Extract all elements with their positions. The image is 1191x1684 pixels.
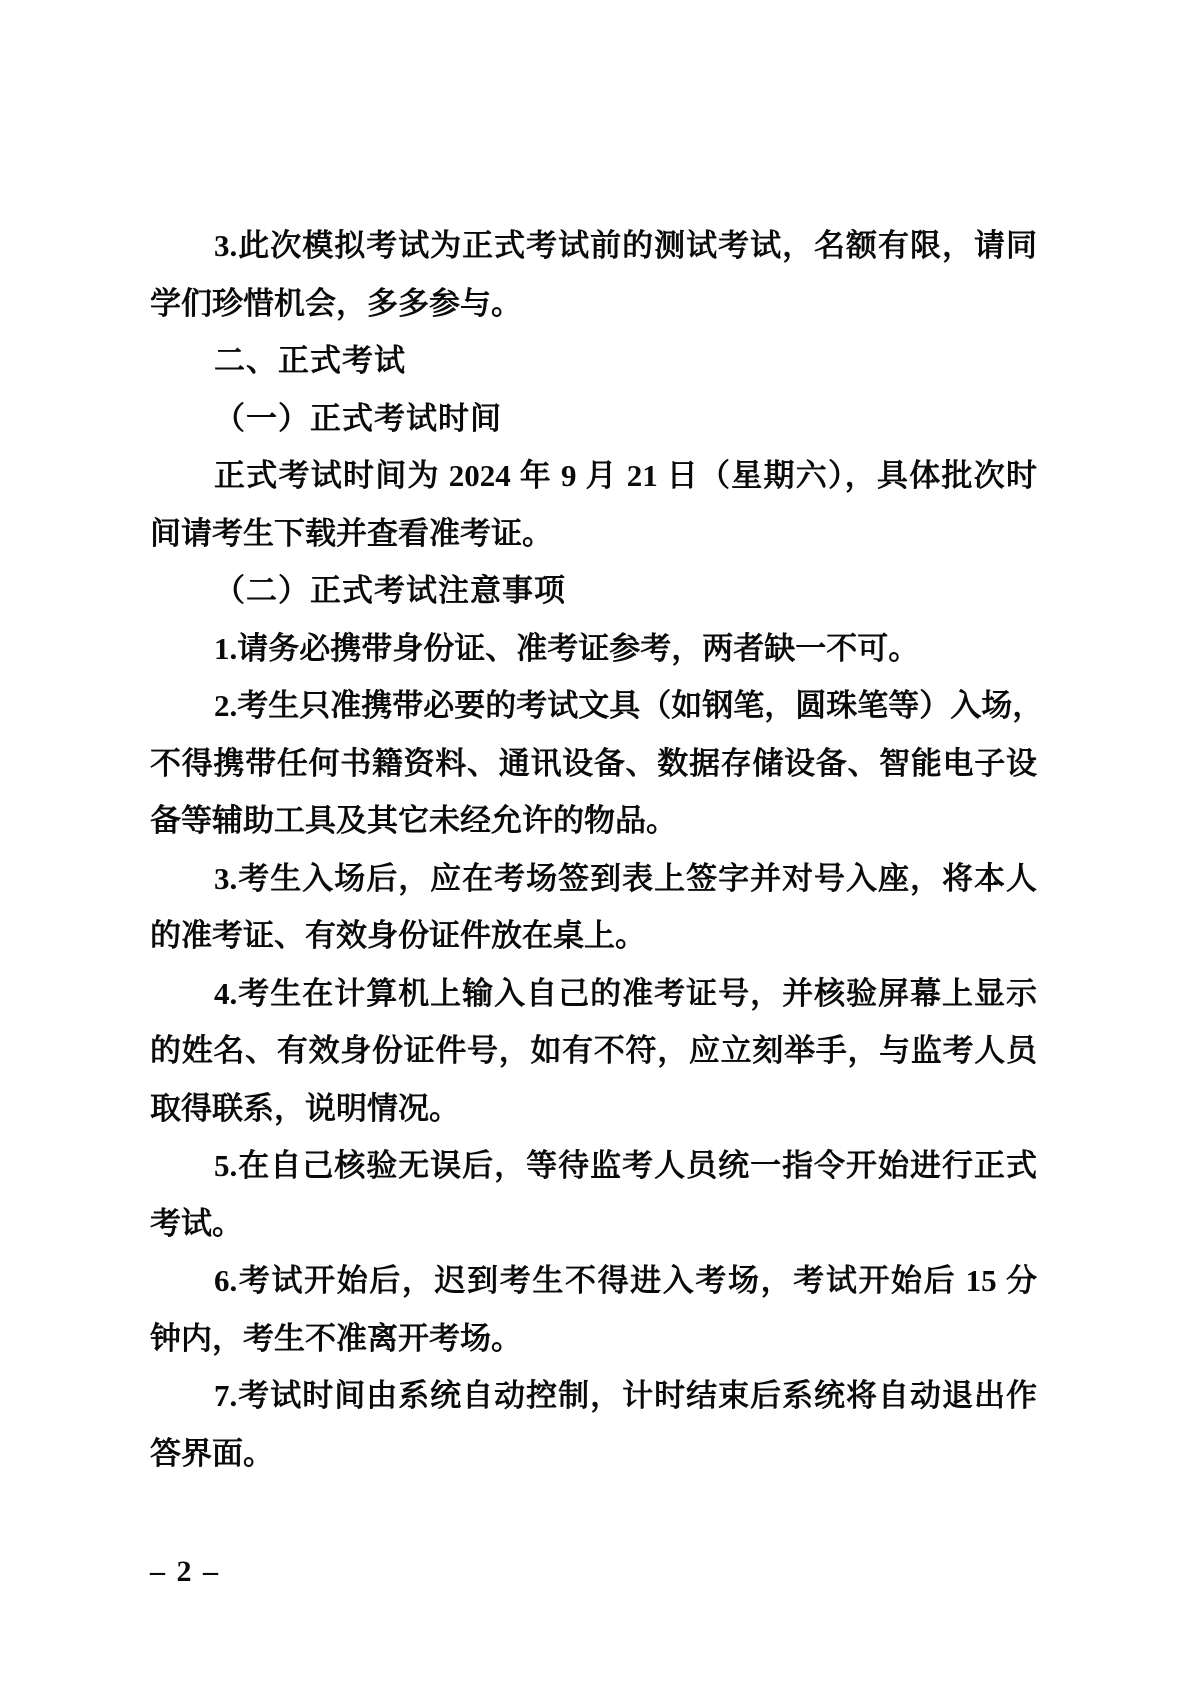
body-text-line: 间请考生下载并查看准考证。 [150, 505, 1037, 563]
body-text-line: 不得携带任何书籍资料、通讯设备、数据存储设备、智能电子设 [150, 735, 1037, 793]
body-text-line: 答界面。 [150, 1425, 1037, 1483]
body-text-line: 5.在自己核验无误后，等待监考人员统一指令开始进行正式 [150, 1137, 1037, 1195]
body-text-line: 6.考试开始后，迟到考生不得进入考场，考试开始后 15 分 [150, 1252, 1037, 1310]
body-text-line: 取得联系，说明情况。 [150, 1080, 1037, 1138]
body-text-line: 2.考生只准携带必要的考试文具（如钢笔，圆珠笔等）入场， [150, 677, 1037, 735]
subsection-heading: （二）正式考试注意事项 [150, 562, 1037, 620]
body-text-line: 的姓名、有效身份证件号，如有不符，应立刻举手，与监考人员 [150, 1022, 1037, 1080]
body-text-line: 备等辅助工具及其它未经允许的物品。 [150, 792, 1037, 850]
page-number: – 2 – [150, 1552, 220, 1592]
body-text-line: 3.考生入场后，应在考场签到表上签字并对号入座，将本人 [150, 850, 1037, 908]
body-text-line: 钟内，考生不准离开考场。 [150, 1310, 1037, 1368]
body-text-line: 3.此次模拟考试为正式考试前的测试考试，名额有限，请同 [150, 217, 1037, 275]
body-text-line: 1.请务必携带身份证、准考证参考，两者缺一不可。 [150, 620, 1037, 678]
body-text-line: 考试。 [150, 1195, 1037, 1253]
body-text-line: 7.考试时间由系统自动控制，计时结束后系统将自动退出作 [150, 1367, 1037, 1425]
section-heading: 二、正式考试 [150, 332, 1037, 390]
body-text-line: 4.考生在计算机上输入自己的准考证号，并核验屏幕上显示 [150, 965, 1037, 1023]
body-text-line: 正式考试时间为 2024 年 9 月 21 日（星期六），具体批次时 [150, 447, 1037, 505]
document-page: 3.此次模拟考试为正式考试前的测试考试，名额有限，请同 学们珍惜机会，多多参与。… [0, 0, 1191, 1684]
document-body: 3.此次模拟考试为正式考试前的测试考试，名额有限，请同 学们珍惜机会，多多参与。… [150, 217, 1037, 1482]
body-text-line: 学们珍惜机会，多多参与。 [150, 275, 1037, 333]
subsection-heading: （一）正式考试时间 [150, 390, 1037, 448]
body-text-line: 的准考证、有效身份证件放在桌上。 [150, 907, 1037, 965]
